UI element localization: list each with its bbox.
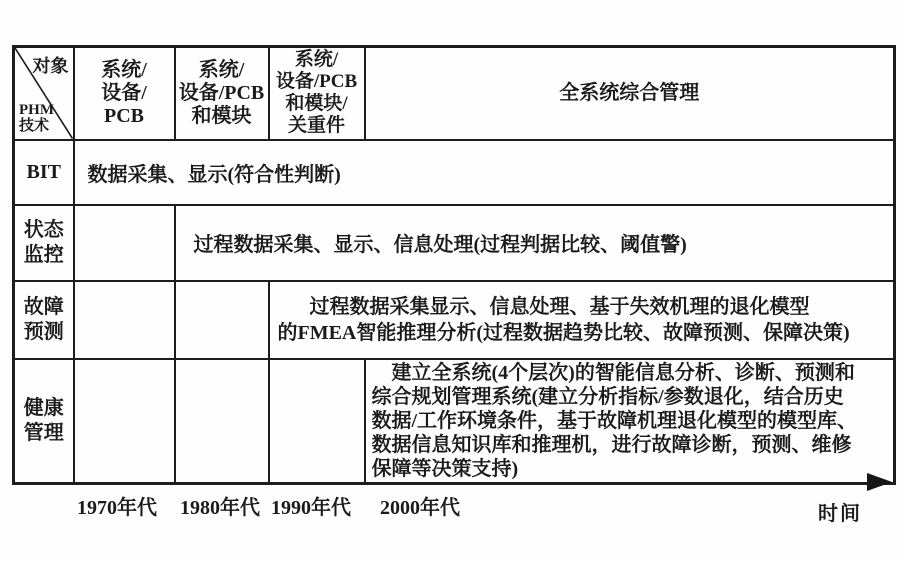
header-col-1970s: 系统/ 设备/ PCB <box>74 47 175 140</box>
empty-cell <box>74 281 175 359</box>
phm-evolution-figure: 对象 PHM 技术 系统/ 设备/ PCB 系统/ 设备/PCB 和模块 系统/… <box>0 0 900 562</box>
time-axis-arrow-icon <box>867 473 892 491</box>
corner-phm-tech-label: PHM 技术 <box>19 102 54 134</box>
corner-object-label: 对象 <box>33 57 69 76</box>
header-row: 对象 PHM 技术 系统/ 设备/ PCB 系统/ 设备/PCB 和模块 系统/… <box>14 47 895 140</box>
row-condition-monitoring-content: 过程数据采集、显示、信息处理(过程判据比较、阈值警) <box>175 205 895 281</box>
row-fault-prediction-content: 过程数据采集显示、信息处理、基于失效机理的退化模型 的FMEA智能推理分析(过程… <box>269 281 895 359</box>
decade-label-1990s: 1990年代 <box>271 491 351 520</box>
header-col-1990s: 系统/ 设备/PCB 和模块/ 关重件 <box>269 47 365 140</box>
corner-cell: 对象 PHM 技术 <box>14 47 74 140</box>
row-label-condition-monitoring: 状态 监控 <box>14 205 74 281</box>
header-col-2000s: 全系统综合管理 <box>365 47 895 140</box>
row-label-health-management: 健康 管理 <box>14 359 74 484</box>
row-bit: BIT 数据采集、显示(符合性判断) <box>14 140 895 205</box>
row-label-bit: BIT <box>14 140 74 205</box>
row-fault-prediction: 故障 预测 过程数据采集显示、信息处理、基于失效机理的退化模型 的FMEA智能推… <box>14 281 895 359</box>
header-col-1980s: 系统/ 设备/PCB 和模块 <box>175 47 269 140</box>
row-bit-content: 数据采集、显示(符合性判断) <box>74 140 895 205</box>
row-health-management-content: 建立全系统(4个层次)的智能信息分析、诊断、预测和 综合规划管理系统(建立分析指… <box>365 359 895 484</box>
empty-cell <box>175 359 269 484</box>
row-condition-monitoring: 状态 监控 过程数据采集、显示、信息处理(过程判据比较、阈值警) <box>14 205 895 281</box>
empty-cell <box>74 205 175 281</box>
empty-cell <box>269 359 365 484</box>
decade-label-1980s: 1980年代 <box>180 491 260 520</box>
row-health-management: 健康 管理 建立全系统(4个层次)的智能信息分析、诊断、预测和 综合规划管理系统… <box>14 359 895 484</box>
empty-cell <box>74 359 175 484</box>
row-label-fault-prediction: 故障 预测 <box>14 281 74 359</box>
decade-label-2000s: 2000年代 <box>380 491 460 520</box>
phm-table: 对象 PHM 技术 系统/ 设备/ PCB 系统/ 设备/PCB 和模块 系统/… <box>12 45 896 485</box>
empty-cell <box>175 281 269 359</box>
time-axis-label: 时间 <box>818 497 862 526</box>
decade-label-1970s: 1970年代 <box>77 491 157 520</box>
